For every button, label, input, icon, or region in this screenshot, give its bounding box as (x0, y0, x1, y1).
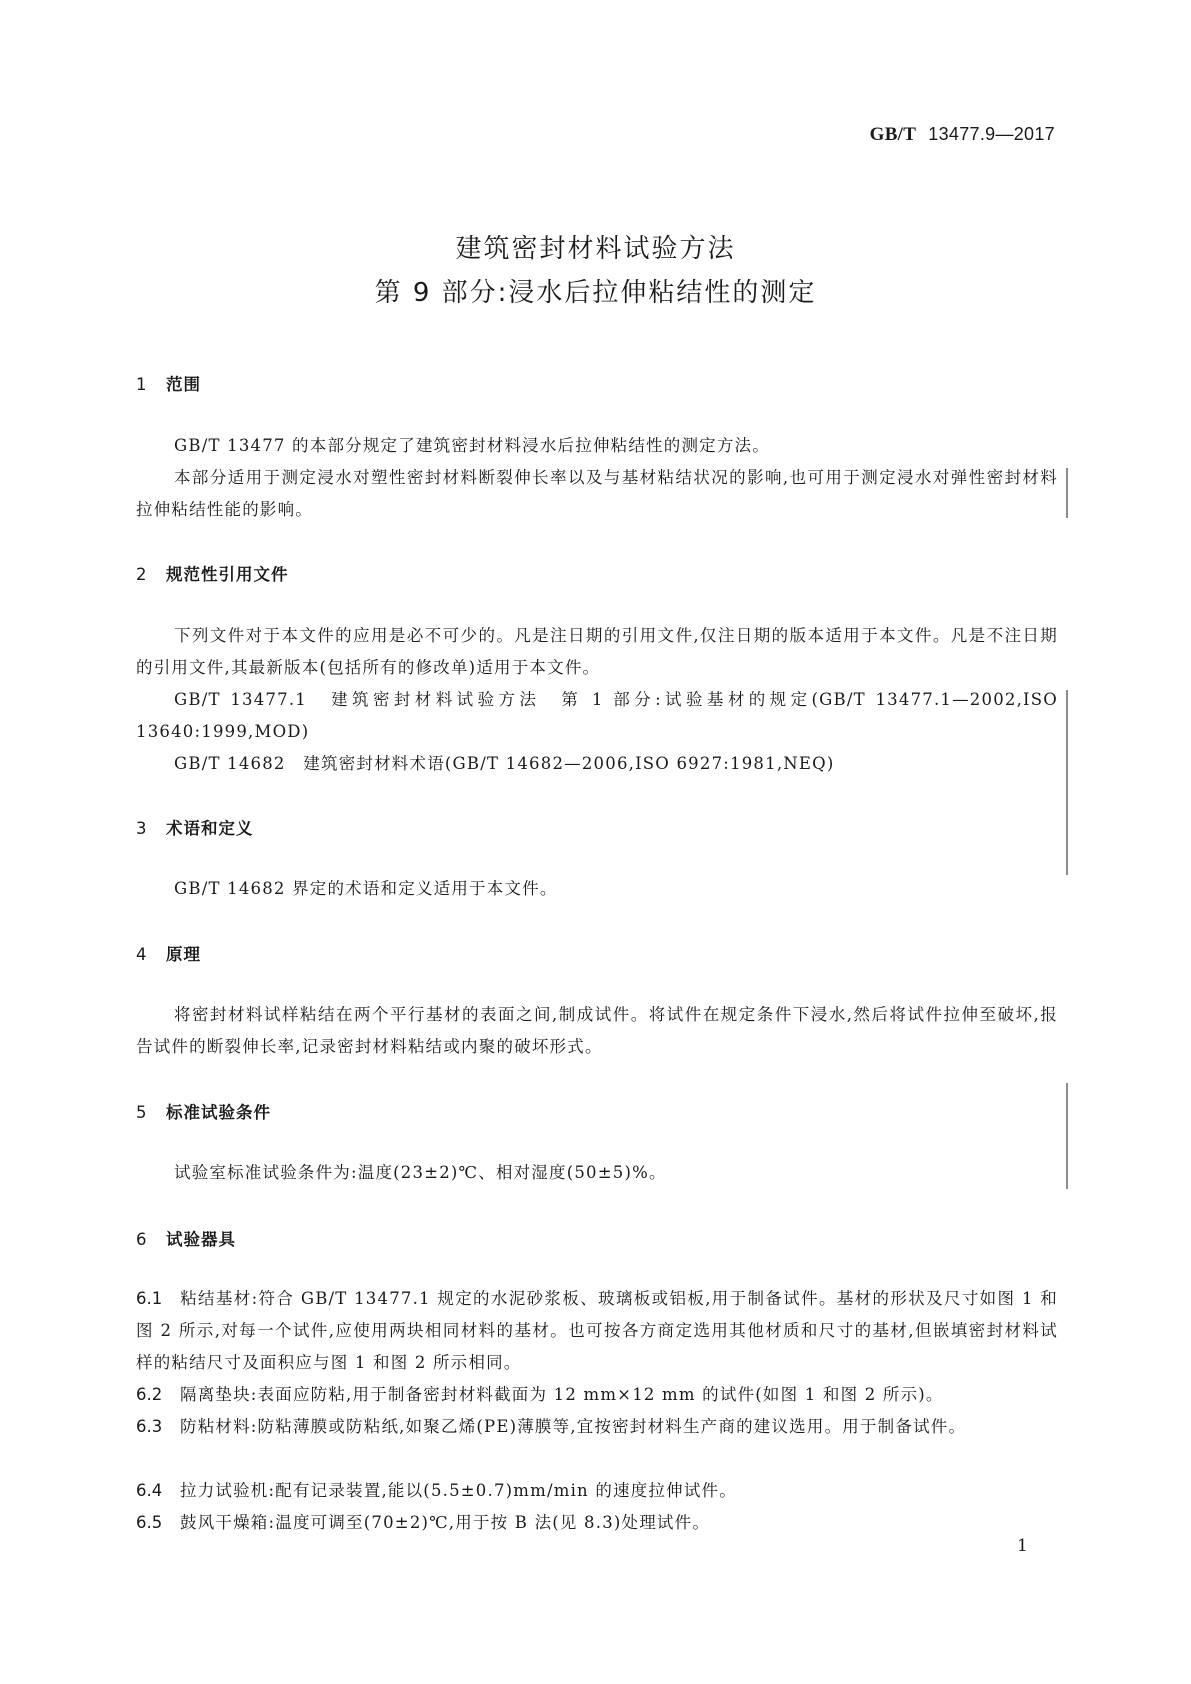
apparatus-item: 6.2隔离垫块:表面应防粘,用于制备密封材料截面为 12 mm×12 mm 的试… (136, 1379, 1058, 1411)
section-heading-scope: 1范围 (136, 371, 201, 395)
section-heading-normative-references: 2规范性引用文件 (136, 561, 289, 585)
change-bar (1066, 1083, 1068, 1189)
paragraph: 下列文件对于本文件的应用是必不可少的。凡是注日期的引用文件,仅注日期的版本适用于… (136, 620, 1058, 684)
apparatus-item: 6.1粘结基材:符合 GB/T 13477.1 规定的水泥砂浆板、玻璃板或铝板,… (136, 1283, 1058, 1379)
document-subtitle: 第 9 部分:浸水后拉伸粘结性的测定 (0, 272, 1191, 309)
apparatus-item: 6.5鼓风干燥箱:温度可调至(70±2)℃,用于按 B 法(见 8.3)处理试件… (136, 1507, 1058, 1539)
section-heading-apparatus: 6试验器具 (136, 1226, 236, 1250)
section-heading-test-conditions: 5标准试验条件 (136, 1099, 271, 1123)
paragraph: 试验室标准试验条件为:温度(23±2)℃、相对湿度(50±5)%。 (136, 1157, 1058, 1189)
document-title: 建筑密封材料试验方法 (0, 228, 1191, 265)
standard-number: 13477.9—2017 (928, 124, 1055, 144)
paragraph: 将密封材料试样粘结在两个平行基材的表面之间,制成试件。将试件在规定条件下浸水,然… (136, 999, 1058, 1063)
reference-item: GB/T 14682 建筑密封材料术语(GB/T 14682—2006,ISO … (136, 748, 1058, 780)
paragraph: GB/T 14682 界定的术语和定义适用于本文件。 (136, 873, 1058, 905)
document-id: GB/T 13477.9—2017 (870, 124, 1055, 146)
change-bar (1066, 468, 1068, 518)
section-heading-terms: 3术语和定义 (136, 815, 254, 839)
apparatus-item: 6.4拉力试验机:配有记录装置,能以(5.5±0.7)mm/min 的速度拉伸试… (136, 1475, 1058, 1507)
section-heading-principle: 4原理 (136, 941, 201, 965)
paragraph: GB/T 13477 的本部分规定了建筑密封材料浸水后拉伸粘结性的测定方法。 (136, 430, 1058, 462)
standard-code: GB/T (870, 124, 917, 145)
apparatus-item: 6.3防粘材料:防粘薄膜或防粘纸,如聚乙烯(PE)薄膜等,宜按密封材料生产商的建… (136, 1411, 1058, 1443)
change-bar (1066, 690, 1068, 875)
paragraph: 本部分适用于测定浸水对塑性密封材料断裂伸长率以及与基材粘结状况的影响,也可用于测… (136, 462, 1058, 526)
reference-item: GB/T 13477.1 建筑密封材料试验方法 第 1 部分:试验基材的规定(G… (136, 684, 1058, 748)
page-number: 1 (1017, 1536, 1028, 1556)
